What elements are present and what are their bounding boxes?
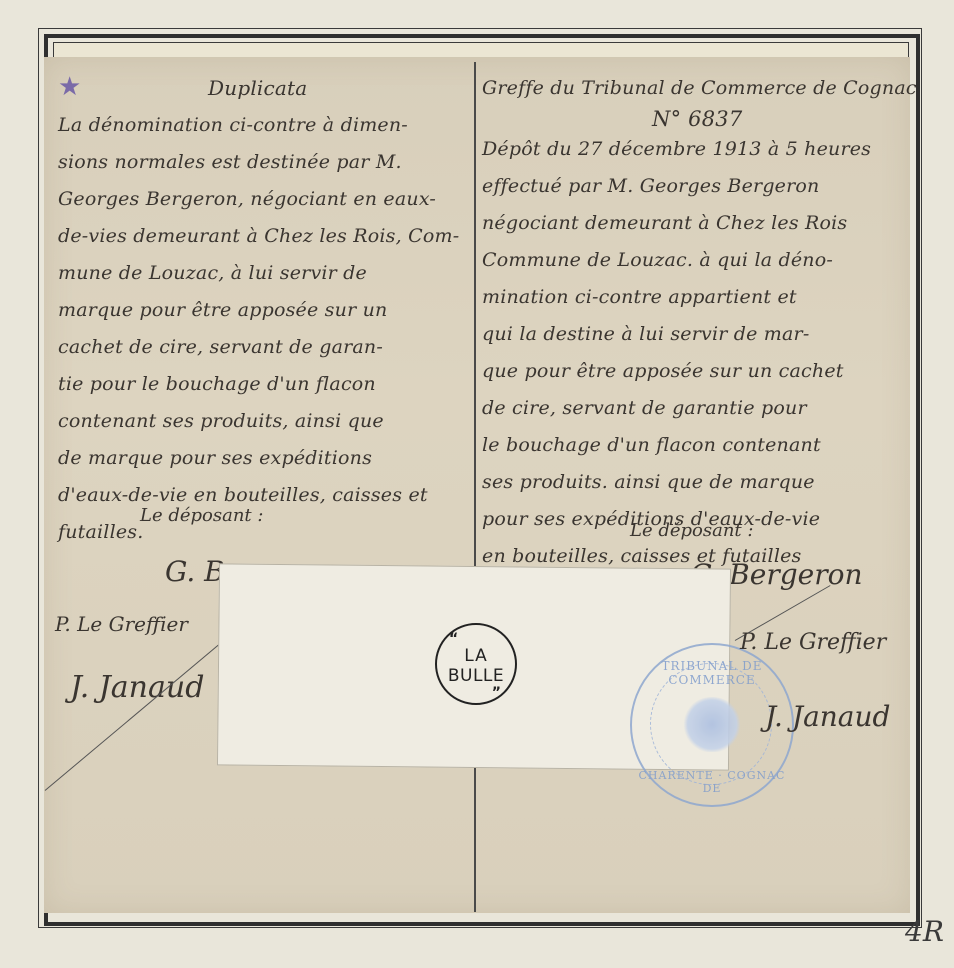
left-line: sions normales est destinée par M.: [58, 144, 468, 181]
right-clerk-signature: J. Janaud: [765, 700, 890, 733]
left-line: Georges Bergeron, négociant en eaux-: [58, 181, 468, 218]
right-line: qui la destine à lui servir de mar-: [482, 316, 902, 353]
brand-word-bulle: BULLE: [448, 666, 504, 686]
close-quote: ”: [492, 685, 501, 701]
right-column-text: Greffe du Tribunal de Commerce de Cognac…: [482, 70, 902, 575]
corner-annotation: 4R: [905, 915, 944, 948]
right-line: ses produits. ainsi que de marque: [482, 464, 902, 501]
center-fold-line: [474, 62, 476, 912]
right-line: de cire, servant de garantie pour: [482, 390, 902, 427]
seal-emblem-icon: [682, 697, 742, 752]
left-line: La dénomination ci-contre à dimen-: [58, 107, 468, 144]
la-bulle-brand-mark: “ LA BULLE ”: [435, 623, 517, 705]
right-depositor-label: Le déposant :: [630, 520, 753, 541]
left-line: cachet de cire, servant de garan-: [58, 329, 468, 366]
left-column-text: Duplicata La dénomination ci-contre à di…: [58, 70, 468, 551]
open-quote: “: [449, 631, 458, 647]
right-line: effectué par M. Georges Bergeron: [482, 168, 902, 205]
left-depositor-label: Le déposant :: [140, 505, 263, 526]
left-clerk-label: P. Le Greffier: [55, 612, 188, 636]
right-line: Dépôt du 27 décembre 1913 à 5 heures: [482, 131, 902, 168]
left-line: mune de Louzac, à lui servir de: [58, 255, 468, 292]
left-line: de-vies demeurant à Chez les Rois, Com-: [58, 218, 468, 255]
seal-top-text: TRIBUNAL DE COMMERCE: [632, 659, 792, 687]
left-line: marque pour être apposée sur un: [58, 292, 468, 329]
left-clerk-signature: J. Janaud: [70, 670, 204, 705]
left-line: de marque pour ses expéditions: [58, 440, 468, 477]
right-line: négociant demeurant à Chez les Rois: [482, 205, 902, 242]
greffe-heading: Greffe du Tribunal de Commerce de Cognac: [482, 70, 902, 107]
right-line: Commune de Louzac. à qui la déno-: [482, 242, 902, 279]
brand-word-la: LA: [464, 646, 488, 666]
right-line: le bouchage d'un flacon contenant: [482, 427, 902, 464]
right-line: que pour être apposée sur un cachet: [482, 353, 902, 390]
duplicata-heading: Duplicata: [208, 70, 468, 107]
deposit-number: N° 6837: [652, 107, 902, 131]
left-line: contenant ses produits, ainsi que: [58, 403, 468, 440]
seal-bottom-text: CHARENTE · COGNAC DE: [632, 769, 792, 795]
left-line: tie pour le bouchage d'un flacon: [58, 366, 468, 403]
right-clerk-label: P. Le Greffier: [740, 630, 886, 655]
right-line: mination ci-contre appartient et: [482, 279, 902, 316]
